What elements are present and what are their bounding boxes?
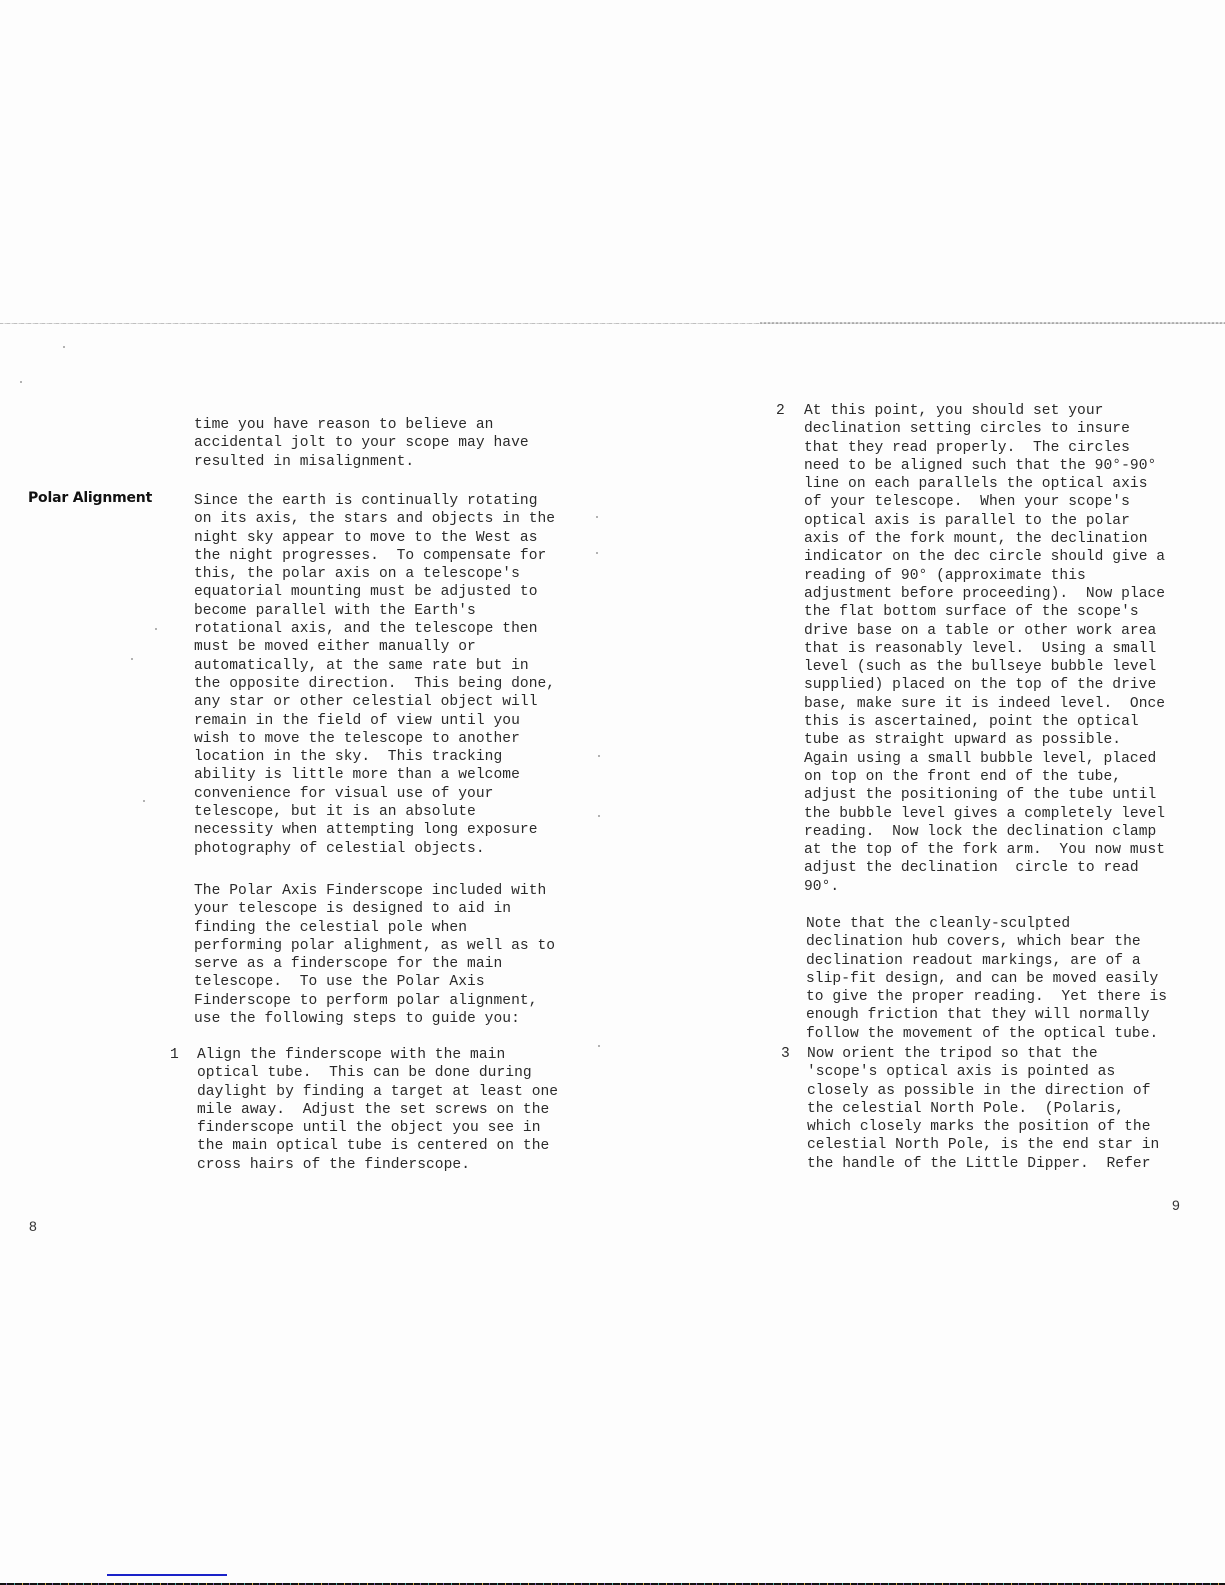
text-line: become parallel with the Earth's [194,602,555,620]
text-line: Finderscope to perform polar alignment, [194,992,555,1010]
text-line: Note that the cleanly-sculpted [806,915,1167,933]
text-line: base, make sure it is indeed level. Once [804,695,1165,713]
text-line: time you have reason to believe an [194,416,529,434]
text-line: on top on the front end of the tube, [804,768,1165,786]
text-line: this, the polar axis on a telescope's [194,565,555,583]
text-line: closely as possible in the direction of [807,1082,1159,1100]
scan-speck [155,628,157,630]
text-line: level (such as the bullseye bubble level [804,658,1165,676]
text-line: automatically, at the same rate but in [194,657,555,675]
text-line: declination readout markings, are of a [806,952,1167,970]
text-line: line on each parallels the optical axis [804,475,1165,493]
text-line: location in the sky. This tracking [194,748,555,766]
scan-speck [598,1045,600,1047]
text-line: reading. Now lock the declination clamp [804,823,1165,841]
text-line: At this point, you should set your [804,402,1165,420]
text-line: resulted in misalignment. [194,453,529,471]
text-line: tube as straight upward as possible. [804,731,1165,749]
scan-speck [143,800,145,802]
text-line: the handle of the Little Dipper. Refer [807,1155,1159,1173]
text-line: optical axis is parallel to the polar [804,512,1165,530]
text-line: indicator on the dec circle should give … [804,548,1165,566]
text-line: daylight by finding a target at least on… [197,1083,558,1101]
scan-speck [598,755,600,757]
text-line: drive base on a table or other work area [804,622,1165,640]
text-line: the bubble level gives a completely leve… [804,805,1165,823]
scan-speck [20,381,22,383]
text-line: night sky appear to move to the West as [194,529,555,547]
text-line: equatorial mounting must be adjusted to [194,583,555,601]
step-number-3: 3 [781,1045,790,1063]
text-line: follow the movement of the optical tube. [806,1025,1167,1043]
page-number-left: 8 [29,1218,37,1234]
text-line: ability is little more than a welcome [194,766,555,784]
text-line: Align the finderscope with the main [197,1046,558,1064]
text-line: 'scope's optical axis is pointed as [807,1063,1159,1081]
text-line: slip-fit design, and can be moved easily [806,970,1167,988]
text-line: finderscope until the object you see in [197,1119,558,1137]
text-line: Again using a small bubble level, placed [804,750,1165,768]
text-line: wish to move the telescope to another [194,730,555,748]
text-line: axis of the fork mount, the declination [804,530,1165,548]
text-line: serve as a finderscope for the main [194,955,555,973]
text-line: the flat bottom surface of the scope's [804,603,1165,621]
text-line: optical tube. This can be done during [197,1064,558,1082]
text-line: declination setting circles to insure [804,420,1165,438]
text-line: any star or other celestial object will [194,693,555,711]
text-line: remain in the field of view until you [194,712,555,730]
text-line: rotational axis, and the telescope then [194,620,555,638]
page-number-right: 9 [1172,1197,1180,1213]
text-line: that is reasonably level. Using a small [804,640,1165,658]
step-number-1: 1 [170,1046,179,1064]
step-3-text: Now orient the tripod so that the'scope'… [807,1045,1159,1173]
step-1-text: Align the finderscope with the mainoptic… [197,1046,558,1174]
text-line: to give the proper reading. Yet there is [806,988,1167,1006]
text-line: telescope, but it is an absolute [194,803,555,821]
text-line: on its axis, the stars and objects in th… [194,510,555,528]
text-line: the night progresses. To compensate for [194,547,555,565]
paragraph-earth-rotation: Since the earth is continually rotatingo… [194,492,555,858]
text-line: the main optical tube is centered on the [197,1137,558,1155]
note-paragraph: Note that the cleanly-sculpteddeclinatio… [806,915,1167,1043]
text-line: necessity when attempting long exposure [194,821,555,839]
text-line: which closely marks the position of the [807,1118,1159,1136]
text-line: 90°. [804,878,1165,896]
text-line: performing polar alighment, as well as t… [194,937,555,955]
text-line: celestial North Pole, is the end star in [807,1136,1159,1154]
scan-speck [63,346,65,348]
text-line: use the following steps to guide you: [194,1010,555,1028]
text-line: of your telescope. When your scope's [804,493,1165,511]
step-number-2: 2 [776,402,785,420]
text-line: need to be aligned such that the 90°-90° [804,457,1165,475]
scan-top-rule-right [760,322,1225,324]
text-line: adjust the positioning of the tube until [804,786,1165,804]
text-line: supplied) placed on the top of the drive [804,676,1165,694]
scan-speck [596,516,598,518]
text-line: mile away. Adjust the set screws on the [197,1101,558,1119]
intro-continuation: time you have reason to believe anaccide… [194,416,529,471]
text-line: reading of 90° (approximate this [804,567,1165,585]
text-line: The Polar Axis Finderscope included with [194,882,555,900]
text-line: Since the earth is continually rotating [194,492,555,510]
text-line: the celestial North Pole. (Polaris, [807,1100,1159,1118]
text-line: must be moved either manually or [194,638,555,656]
step-2-text: At this point, you should set yourdeclin… [804,402,1165,896]
scan-speck [598,815,600,817]
text-line: finding the celestial pole when [194,919,555,937]
text-line: accidental jolt to your scope may have [194,434,529,452]
text-line: adjustment before proceeding). Now place [804,585,1165,603]
link-underline [107,1574,227,1576]
text-line: at the top of the fork arm. You now must [804,841,1165,859]
text-line: this is ascertained, point the optical [804,713,1165,731]
text-line: declination hub covers, which bear the [806,933,1167,951]
text-line: enough friction that they will normally [806,1006,1167,1024]
section-heading-polar-alignment: Polar Alignment [28,490,152,506]
text-line: that they read properly. The circles [804,439,1165,457]
paragraph-polar-axis-finderscope: The Polar Axis Finderscope included with… [194,882,555,1028]
text-line: the opposite direction. This being done, [194,675,555,693]
text-line: convenience for visual use of your [194,785,555,803]
scan-speck [131,658,133,660]
text-line: telescope. To use the Polar Axis [194,973,555,991]
text-line: cross hairs of the finderscope. [197,1156,558,1174]
text-line: adjust the declination circle to read [804,859,1165,877]
scan-speck [596,552,598,554]
text-line: your telescope is designed to aid in [194,900,555,918]
text-line: photography of celestial objects. [194,840,555,858]
text-line: Now orient the tripod so that the [807,1045,1159,1063]
